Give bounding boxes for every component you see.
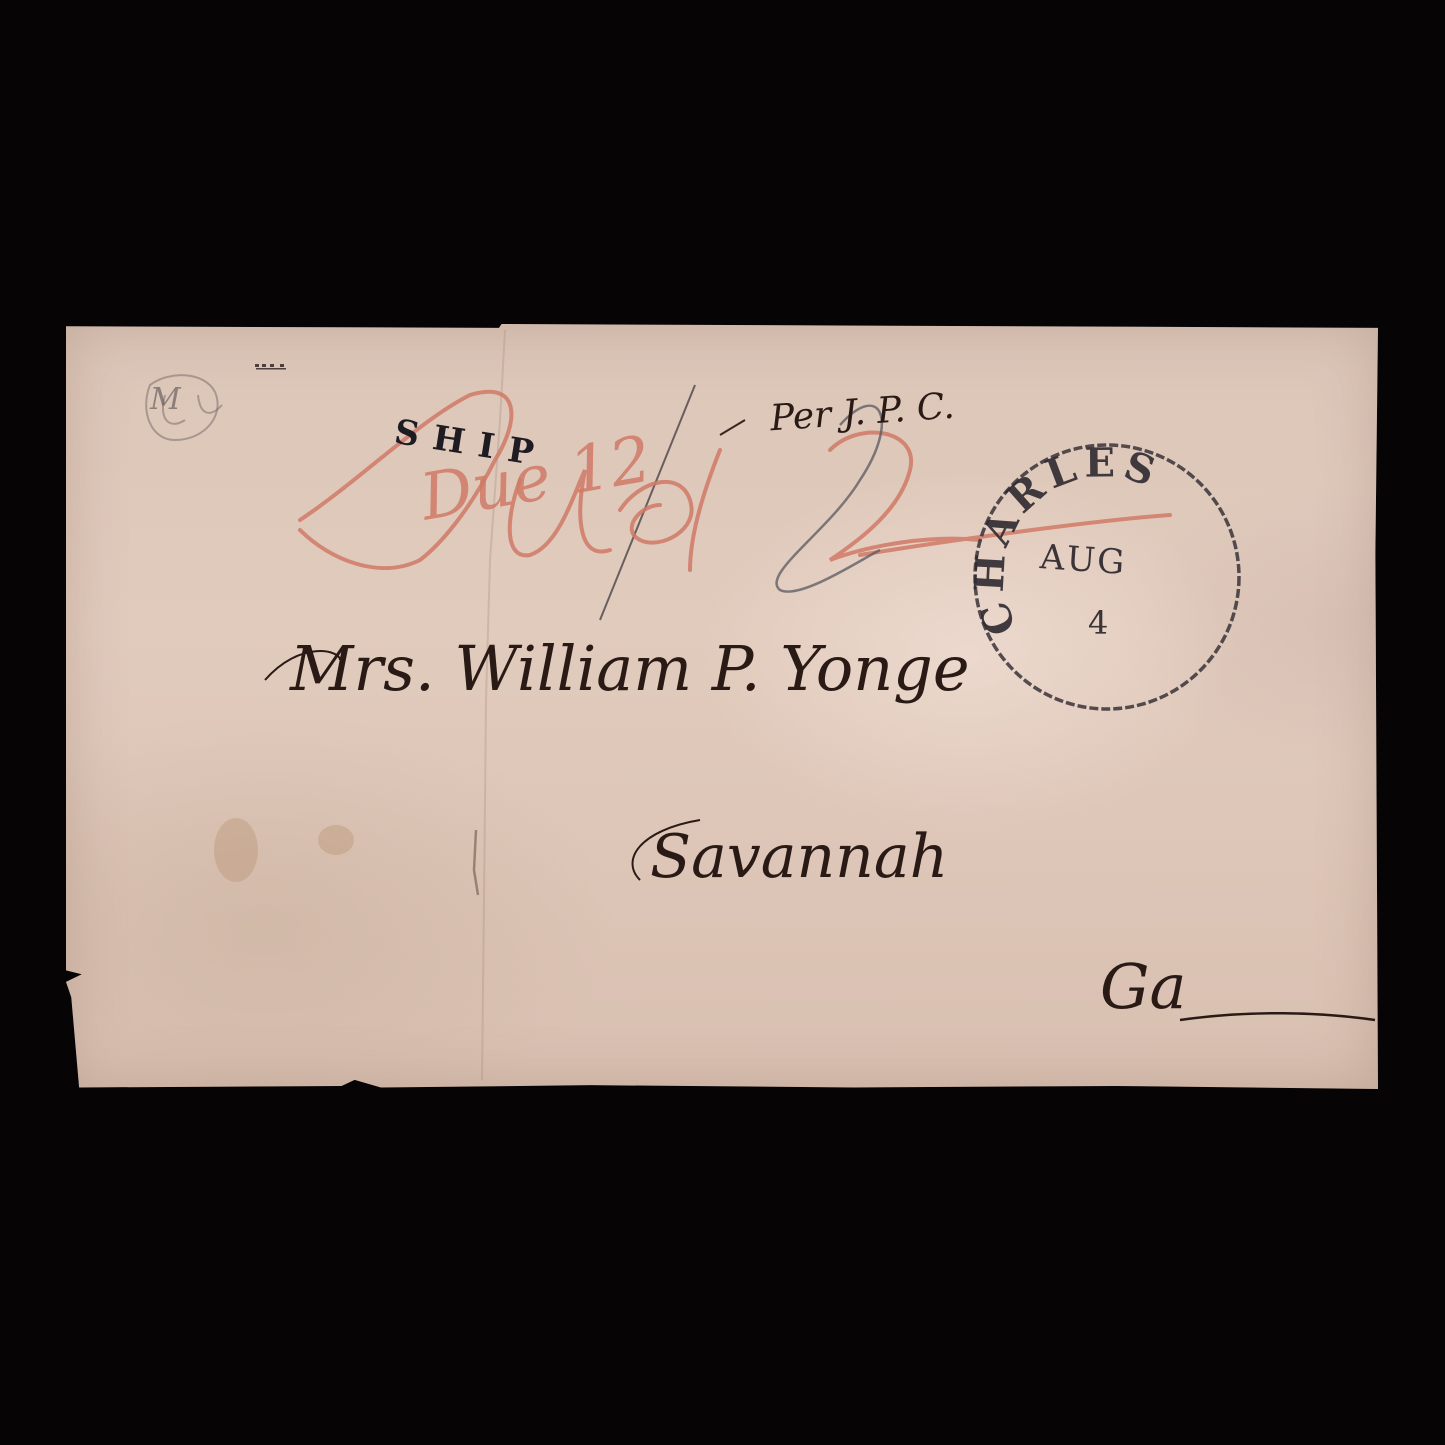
stain xyxy=(214,818,258,882)
stain xyxy=(318,825,354,855)
address-line-1: Mrs. William P. Yonge xyxy=(290,632,970,705)
corner-docket: M xyxy=(150,382,181,417)
postmark-day: 4 xyxy=(1088,604,1108,642)
address-line-2: Savannah xyxy=(650,822,948,892)
envelope-ink-overlay xyxy=(0,0,1445,1445)
postmark-month: AUG xyxy=(1039,537,1128,583)
address-line-3: Ga xyxy=(1100,950,1187,1023)
